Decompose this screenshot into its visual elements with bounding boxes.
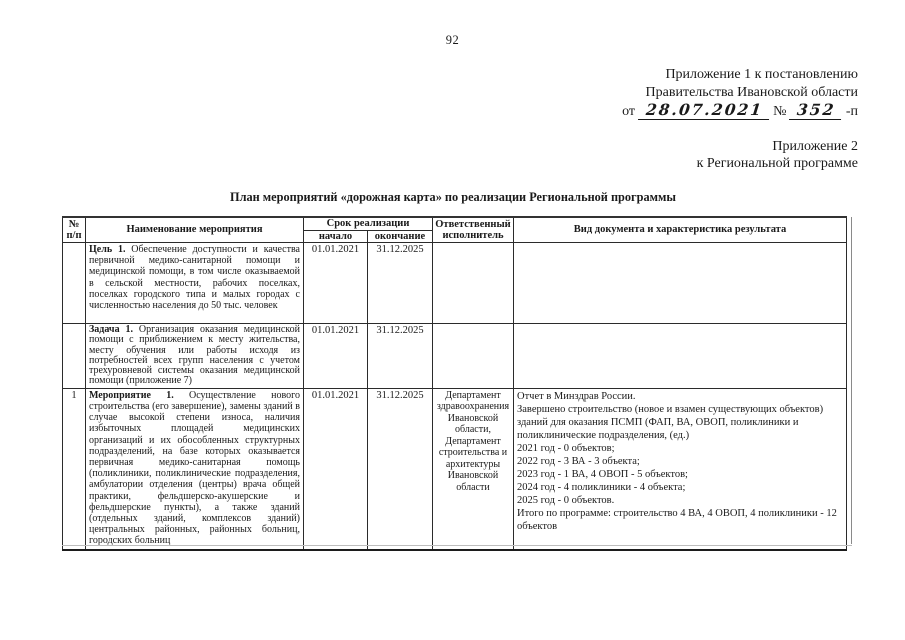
col-header-num: № п/п <box>63 217 86 243</box>
row3-num: 1 <box>63 388 86 550</box>
row3-name: Мероприятие 1. Осуществление нового стро… <box>86 388 304 550</box>
appendix-header-block: Приложение 1 к постановлению Правительст… <box>622 66 858 173</box>
row3-start-date: 01.01.2021 <box>304 388 368 550</box>
row2-start-date: 01.01.2021 <box>304 324 368 389</box>
table-row-task1: Задача 1. Организация оказания медицинск… <box>63 324 847 389</box>
row2-end-date: 31.12.2025 <box>368 324 433 389</box>
col-header-period: Срок реализации <box>304 217 433 230</box>
table-row-goal1: Цель 1. Обеспечение доступности и качест… <box>63 243 847 324</box>
row2-num <box>63 324 86 389</box>
appendix1-line1: Приложение 1 к постановлению <box>622 66 858 84</box>
number-sign: № <box>773 104 786 119</box>
col-header-responsible: Ответственный исполнитель <box>433 217 514 243</box>
resolution-date-number-line: от 28.07.2021 № 352 -п <box>622 101 858 121</box>
page-number: 92 <box>0 33 905 48</box>
document-page: { "ink_color": "#1a1a1a", "page": { "num… <box>0 0 905 640</box>
row2-responsible <box>433 324 514 389</box>
roadmap-table: № п/п Наименование мероприятия Срок реал… <box>62 216 847 551</box>
row1-responsible <box>433 243 514 324</box>
date-prefix: от <box>622 104 635 119</box>
row1-name: Цель 1. Обеспечение доступности и качест… <box>86 243 304 324</box>
scan-artifact-right-line <box>851 217 852 544</box>
row3-responsible: Департамент здравоохранения Ивановской о… <box>433 388 514 550</box>
handwritten-number: 352 <box>789 101 843 120</box>
col-header-name: Наименование мероприятия <box>86 217 304 243</box>
table-row-measure1: 1 Мероприятие 1. Осуществление нового ст… <box>63 388 847 550</box>
appendix1-line2: Правительства Ивановской области <box>622 84 858 102</box>
col-header-end: окончание <box>368 230 433 243</box>
col-header-result: Вид документа и характеристика результат… <box>514 217 847 243</box>
row1-end-date: 31.12.2025 <box>368 243 433 324</box>
document-title: План мероприятий «дорожная карта» по реа… <box>58 190 848 205</box>
appendix2-line1: Приложение 2 <box>622 138 858 156</box>
row3-end-date: 31.12.2025 <box>368 388 433 550</box>
row1-start-date: 01.01.2021 <box>304 243 368 324</box>
row3-result: Отчет в Минздрав России. Завершено строи… <box>514 388 847 550</box>
handwritten-date: 28.07.2021 <box>638 101 771 120</box>
number-suffix: -п <box>846 104 858 119</box>
row1-result <box>514 243 847 324</box>
col-header-start: начало <box>304 230 368 243</box>
appendix2-line2: к Региональной программе <box>622 155 858 173</box>
row2-name: Задача 1. Организация оказания медицинск… <box>86 324 304 389</box>
scan-artifact-bottom-line <box>62 545 852 546</box>
row1-num <box>63 243 86 324</box>
row2-result <box>514 324 847 389</box>
